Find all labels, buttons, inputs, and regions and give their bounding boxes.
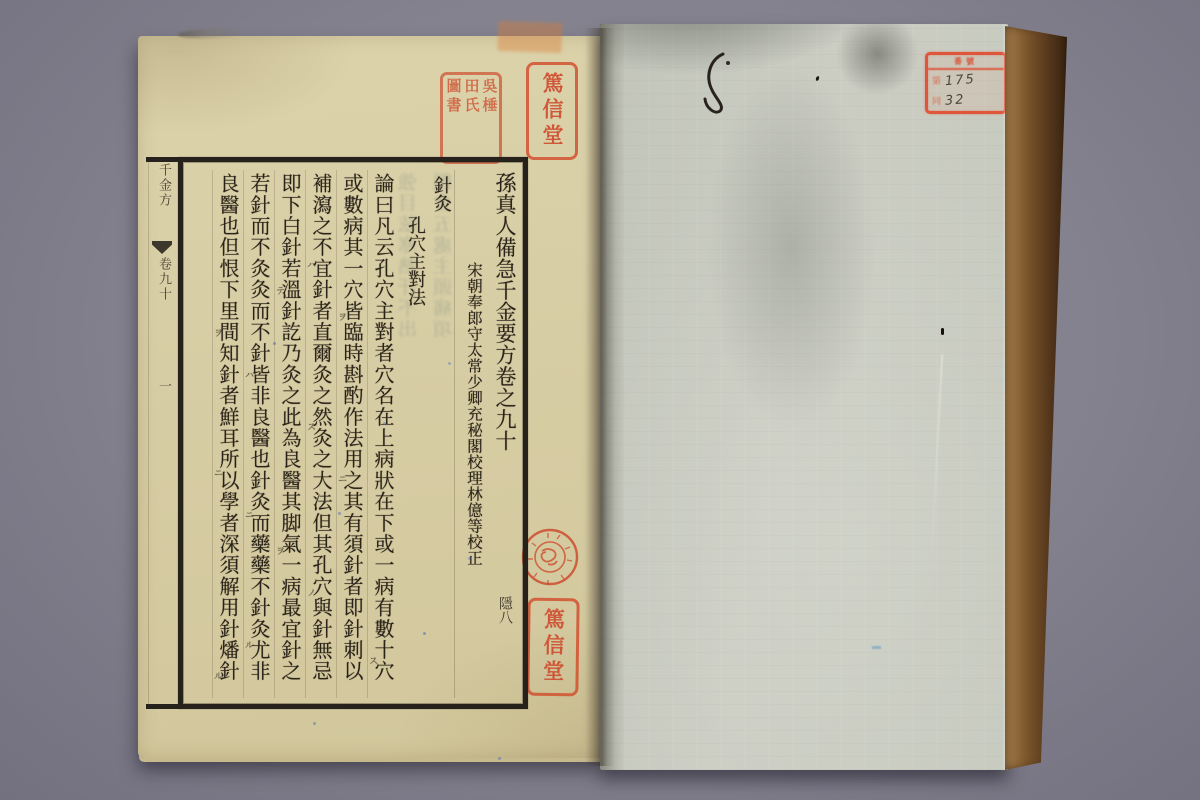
kunten-reading-mark: テ [276,284,286,297]
text-frame: 顖會五處主頭痛項強目眩寒熱汗不出 孫真人備急千金要方卷之九十宋朝奉郎守太常少卿充… [178,157,528,709]
body-column: 即下白針若溫針訖乃灸之此為良醫其脚氣一病最宜針之テヲ [274,170,305,698]
blue-fleck [872,646,881,649]
kunten-reading-mark: ノ [307,586,317,599]
center-gutter-shadow [585,28,615,766]
kunten-reading-mark: ヲ [214,326,224,339]
accession-stamp: 番號 第175同32 [925,52,1007,114]
body-column: 若針而不灸灸而不針皆非良醫也針灸而藥藥不針灸尤非ハニル [243,170,274,698]
section-column: 針灸 [428,170,454,698]
accession-stamp-row: 第175 [928,70,1004,90]
kunten-reading-mark: ハ [245,368,255,381]
square-collector-seal: 吳棰田氏圖書 [440,72,502,164]
fishtail-mark-icon [152,241,172,254]
accession-stamp-row: 同32 [928,90,1004,110]
kunten-reading-mark: ニ [214,466,224,479]
square-seal-column: 圖書 [446,78,461,158]
hall-seal-bottom-text: 篤信堂 [537,608,568,686]
stamp-row-value: 32 [945,92,967,108]
frame-bottom-rule [146,704,180,709]
kunten-reading-mark: ニ [245,508,255,521]
kunten-reading-mark: ヲ [276,544,286,557]
margin-folio-number: 一 [154,379,173,394]
body-column: 論曰凡云孔穴主對者穴名在上病狀在下或一病有數十穴ス [367,170,398,698]
ink-squiggle-mark [692,50,744,124]
right-blank-page: 番號 第175同32 [600,24,1008,770]
orange-tape-stain [497,21,562,53]
hall-seal-top: 篤信堂 [526,62,578,160]
frayed-corner [178,26,248,40]
kunten-reading-mark: ヲ [338,310,348,323]
attribution-column: 宋朝奉郎守太常少卿充秘閣校理林億等校正 [454,170,485,698]
book-cover-fore-edge [1005,26,1067,770]
square-seal-column: 田氏 [464,78,479,158]
left-page: 吳棰田氏圖書 篤信堂 篤信堂 千金方 卷九十 一 顖會五處主頭痛項強目眩寒熱汗不… [138,36,602,758]
hall-seal-top-text: 篤信堂 [537,72,567,150]
margin-book-title: 千金方 [154,163,173,208]
ink-specks [243,302,246,305]
kunten-reading-mark: ル [214,669,224,682]
kunten-reading-mark: ル [245,638,255,651]
body-column: 或數病其一穴皆臨時斟酌作法用之其有須針者即針刺以ヲニ [336,170,367,698]
kunten-reading-mark: ニ [338,472,348,485]
subsection-column: 孔穴主對法 [398,170,428,698]
body-column: 良醫也但恨下里間知針者鮮耳所以學者深須解用針燔針ヲニル [212,170,243,698]
banxin-margin-column: 千金方 卷九十 一 [148,157,177,709]
paper-crease [931,354,943,554]
accession-stamp-header: 番號 [928,55,1004,70]
stamp-row-label: 同 [932,94,941,107]
stamp-row-value: 175 [945,71,977,88]
small-ink-dot [941,328,944,335]
kunten-reading-mark: ス [307,420,317,433]
hall-seal-bottom: 篤信堂 [526,598,579,697]
collation-mark: 隱八 [495,596,515,624]
body-column: 補瀉之不宜針者直爾灸之然灸之大法但其孔穴與針無忌ハスノ [305,170,336,698]
photo-of-open-woodblock-book: { "colors": { "background": "#82808c", "… [0,0,1200,800]
kunten-reading-mark: ス [369,654,379,667]
stamp-row-label: 第 [932,74,941,87]
frame-top-rule [146,157,180,162]
square-seal-column: 吳棰 [482,78,497,158]
small-ink-mark [815,76,820,82]
margin-volume: 卷九十 [154,257,173,302]
text-columns: 孫真人備急千金要方卷之九十宋朝奉郎守太常少卿充秘閣校理林億等校正針灸孔穴主對法論… [183,162,523,704]
kunten-reading-mark: ハ [307,258,317,271]
